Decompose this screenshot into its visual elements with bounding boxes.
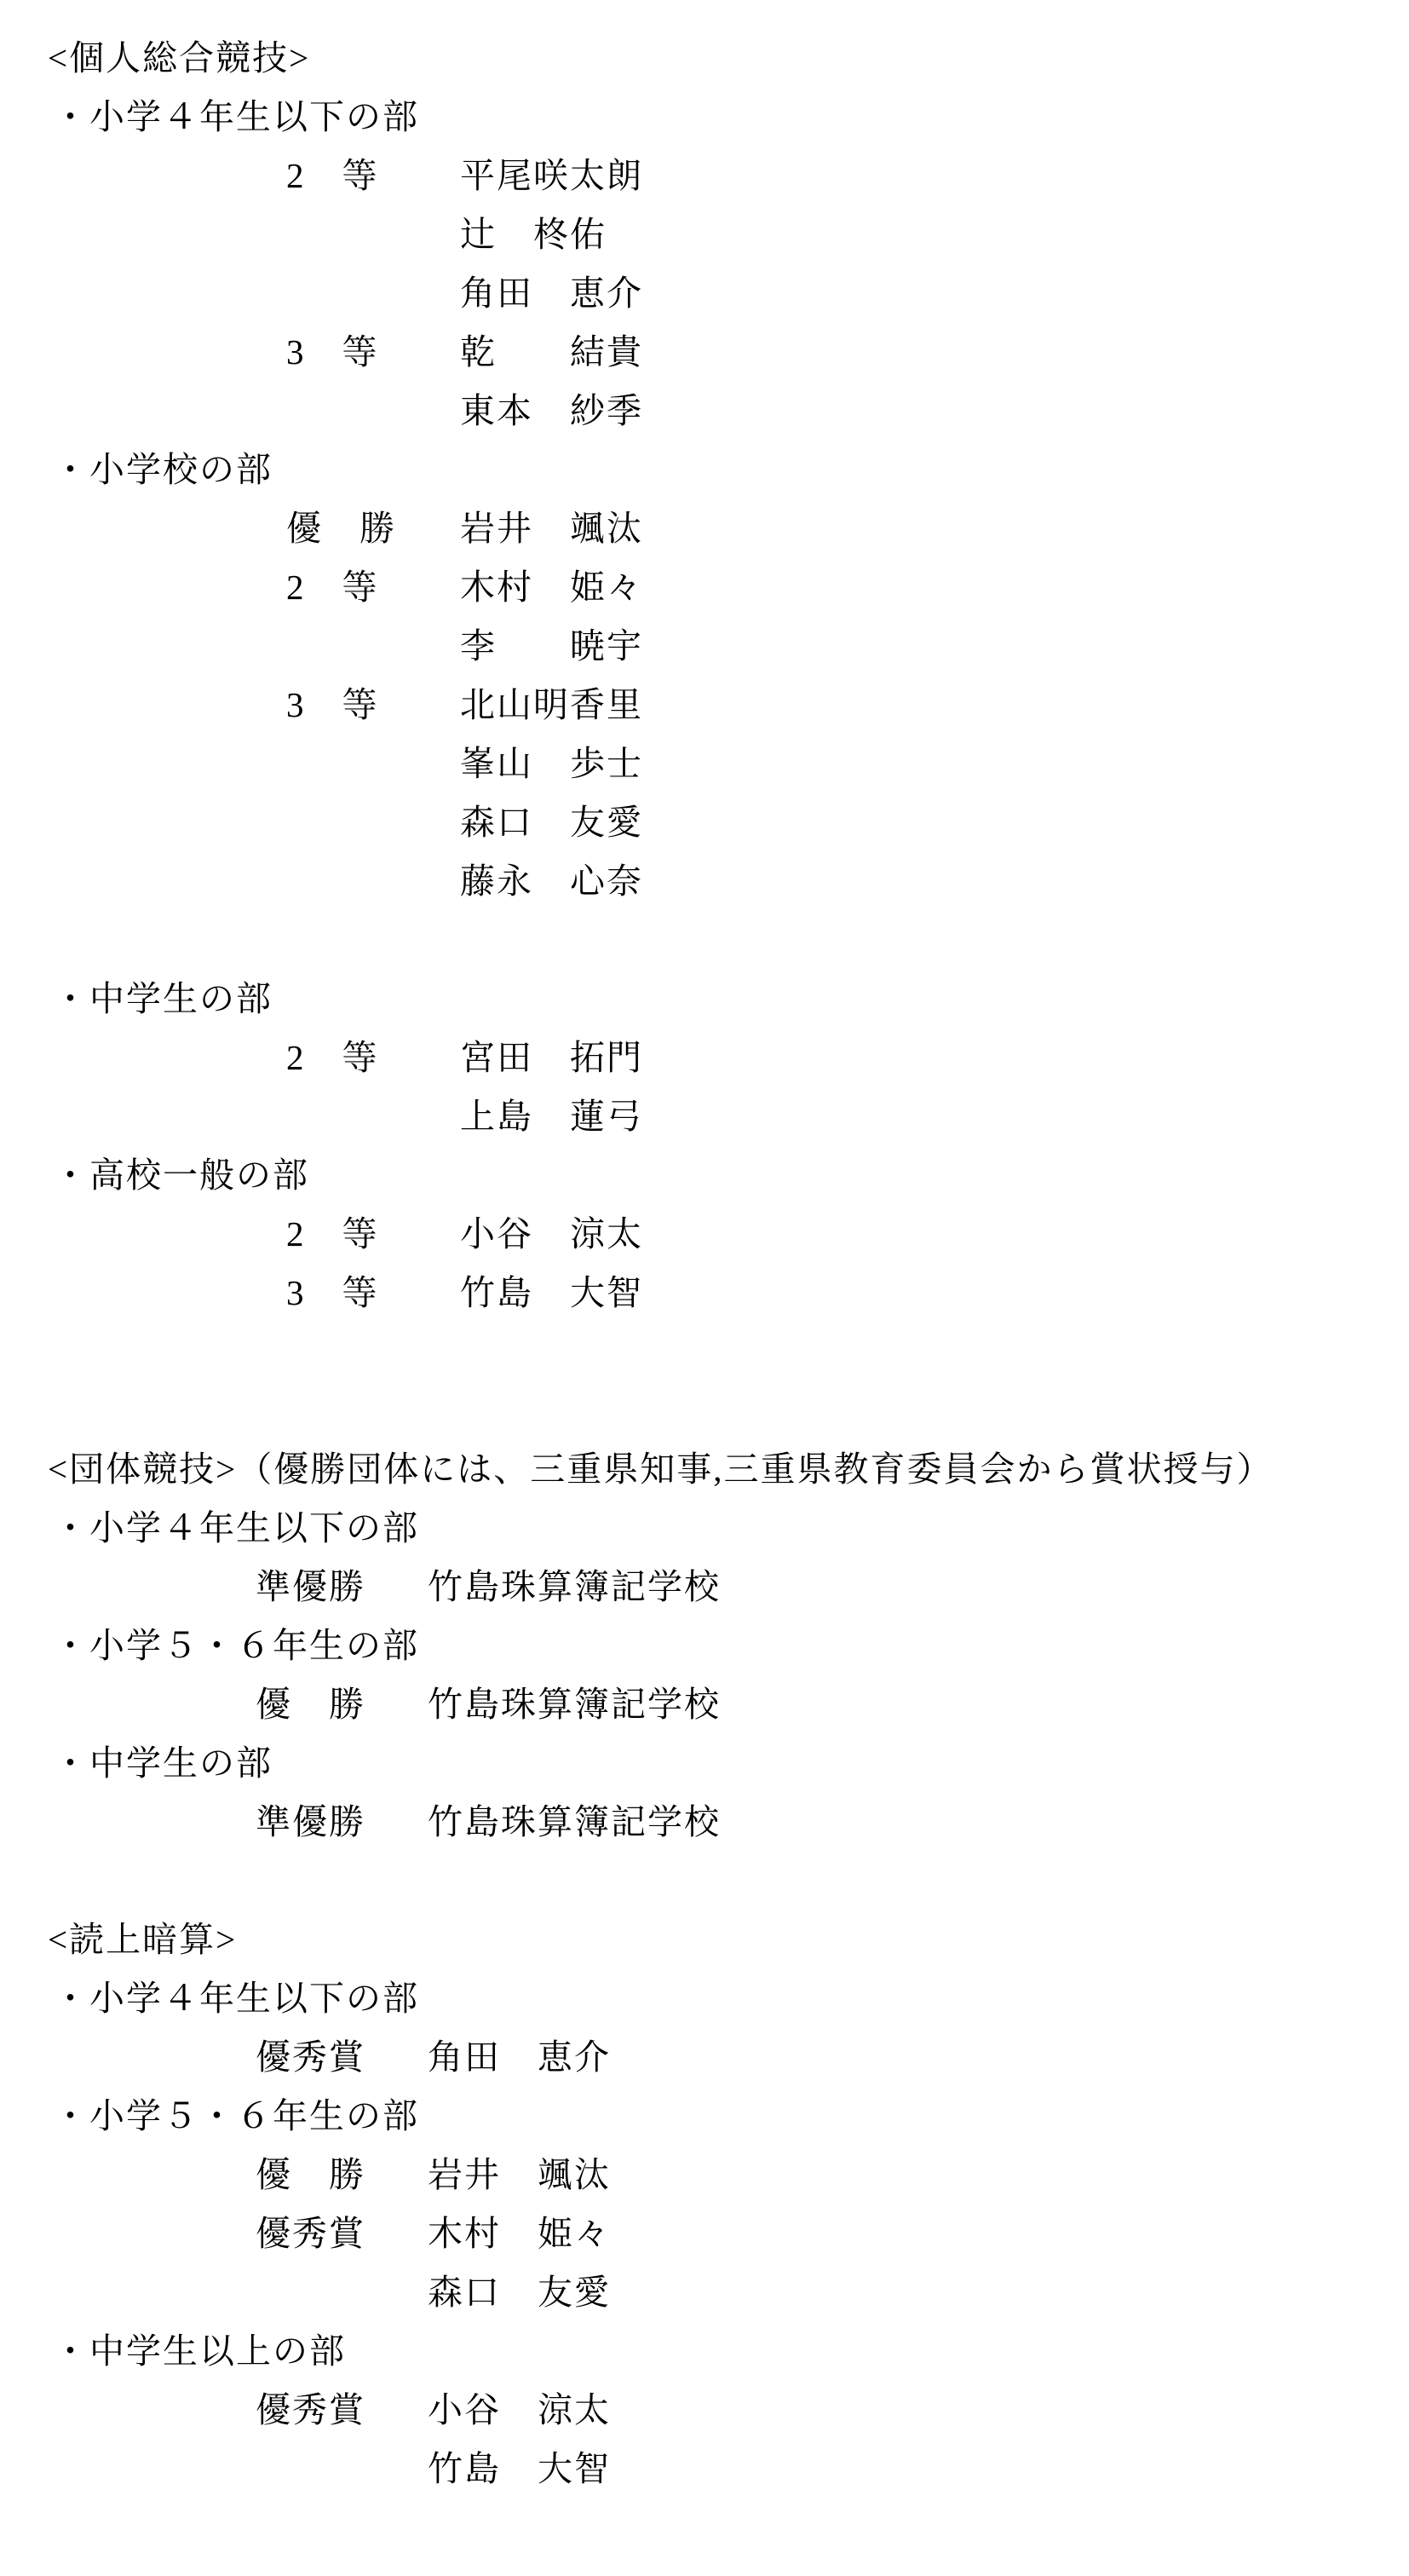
result-line: 峯山 歩士 — [0, 735, 1409, 793]
rank-label: 優秀賞 — [256, 2204, 365, 2263]
division-label: ・小学４年生以下の部 — [53, 1979, 419, 2018]
rank-label: 優 勝 — [286, 499, 396, 558]
result-line: 準優勝竹島珠算簿記学校 — [0, 1793, 1409, 1852]
winner-name: 平尾咲太朗 — [460, 147, 643, 205]
winner-name: 森口 友愛 — [460, 793, 643, 852]
rank-label: 優秀賞 — [256, 2381, 365, 2440]
winner-name: 東本 紗季 — [460, 382, 643, 441]
result-line: 李 暁宇 — [0, 617, 1409, 676]
division-line: ・小学校の部 — [0, 441, 1409, 499]
blank-line — [0, 1323, 1409, 1381]
rank-label: 2 等 — [286, 147, 379, 205]
rank-label: 3 等 — [286, 1264, 379, 1323]
section-note: （優勝団体には、三重県知事,三重県教育委員会から賞状授与） — [237, 1449, 1273, 1489]
rank-label: 優 勝 — [256, 2146, 365, 2204]
division-label: ・小学５・６年生の部 — [53, 2096, 419, 2135]
division-line: ・中学生の部 — [0, 1734, 1409, 1793]
section-yomiage-anzan: <読上暗算>・小学４年生以下の部優秀賞角田 恵介・小学５・６年生の部優 勝岩井 … — [0, 1910, 1409, 2498]
result-line: 3 等乾 結貴 — [0, 323, 1409, 382]
rank-label: 準優勝 — [256, 1558, 365, 1616]
result-line: 藤永 心奈 — [0, 852, 1409, 911]
result-line: 東本 紗季 — [0, 382, 1409, 441]
winner-name: 宮田 拓門 — [460, 1029, 643, 1087]
result-line: 優秀賞角田 恵介 — [0, 2028, 1409, 2087]
section-title-line: <読上暗算> — [0, 1910, 1409, 1969]
result-line: 角田 恵介 — [0, 264, 1409, 323]
division-line: ・中学生の部 — [0, 970, 1409, 1029]
section-heading: <個人総合競技> — [48, 38, 310, 78]
result-line: 3 等竹島 大智 — [0, 1264, 1409, 1323]
result-line: 2 等平尾咲太朗 — [0, 147, 1409, 205]
rank-label: 2 等 — [286, 1205, 379, 1264]
result-line: 森口 友愛 — [0, 793, 1409, 852]
division-line: ・小学５・６年生の部 — [0, 2087, 1409, 2146]
division-line: ・小学４年生以下の部 — [0, 88, 1409, 147]
winner-name: 岩井 颯汰 — [428, 2146, 611, 2204]
result-line: 2 等宮田 拓門 — [0, 1029, 1409, 1087]
blank-line — [0, 911, 1409, 970]
winner-name: 小谷 涼太 — [428, 2381, 611, 2440]
division-line: ・小学５・６年生の部 — [0, 1616, 1409, 1675]
result-line: 森口 友愛 — [0, 2263, 1409, 2322]
division-label: ・中学生の部 — [53, 1743, 273, 1783]
section-dantai: <団体競技>（優勝団体には、三重県知事,三重県教育委員会から賞状授与）・小学４年… — [0, 1440, 1409, 1852]
division-label: ・小学４年生以下の部 — [53, 1508, 419, 1547]
division-line: ・高校一般の部 — [0, 1146, 1409, 1205]
school-name: 竹島珠算簿記学校 — [428, 1793, 721, 1852]
rank-label: 準優勝 — [256, 1793, 365, 1852]
winner-name: 辻 柊佑 — [460, 205, 607, 264]
winner-name: 藤永 心奈 — [460, 852, 643, 911]
winner-name: 上島 蓮弓 — [460, 1087, 643, 1146]
winner-name: 森口 友愛 — [428, 2263, 611, 2322]
rank-label: 2 等 — [286, 558, 379, 617]
section-kojin-sogo: <個人総合競技>・小学４年生以下の部2 等平尾咲太朗辻 柊佑角田 恵介3 等乾 … — [0, 29, 1409, 1323]
division-label: ・中学生の部 — [53, 979, 273, 1018]
result-line: 優秀賞木村 姫々 — [0, 2204, 1409, 2263]
blank-line — [0, 1381, 1409, 1440]
winner-name: 小谷 涼太 — [460, 1205, 643, 1264]
result-line: 優 勝岩井 颯汰 — [0, 499, 1409, 558]
rank-label: 3 等 — [286, 323, 379, 382]
section-heading: <団体競技> — [48, 1449, 237, 1489]
division-label: ・中学生以上の部 — [53, 2331, 346, 2371]
division-label: ・高校一般の部 — [53, 1155, 309, 1195]
winner-name: 木村 姫々 — [428, 2204, 611, 2263]
result-line: 2 等小谷 涼太 — [0, 1205, 1409, 1264]
division-line: ・小学４年生以下の部 — [0, 1969, 1409, 2028]
rank-label: 2 等 — [286, 1029, 379, 1087]
result-line: 優 勝竹島珠算簿記学校 — [0, 1675, 1409, 1734]
winner-name: 角田 恵介 — [460, 264, 643, 323]
result-line: 優 勝岩井 颯汰 — [0, 2146, 1409, 2204]
division-line: ・中学生以上の部 — [0, 2322, 1409, 2381]
section-heading: <読上暗算> — [48, 1920, 237, 1959]
school-name: 竹島珠算簿記学校 — [428, 1675, 721, 1734]
division-label: ・小学校の部 — [53, 450, 273, 489]
winner-name: 北山明香里 — [460, 676, 643, 735]
blank-line — [0, 1852, 1409, 1910]
rank-label: 優 勝 — [256, 1675, 365, 1734]
result-line: 3 等北山明香里 — [0, 676, 1409, 735]
division-label: ・小学４年生以下の部 — [53, 97, 419, 136]
school-name: 竹島珠算簿記学校 — [428, 1558, 721, 1616]
section-title-line: <団体競技>（優勝団体には、三重県知事,三重県教育委員会から賞状授与） — [0, 1440, 1409, 1499]
result-line: 竹島 大智 — [0, 2440, 1409, 2498]
winner-name: 李 暁宇 — [460, 617, 643, 676]
result-line: 上島 蓮弓 — [0, 1087, 1409, 1146]
division-line: ・小学４年生以下の部 — [0, 1499, 1409, 1558]
result-line: 優秀賞小谷 涼太 — [0, 2381, 1409, 2440]
winner-name: 岩井 颯汰 — [460, 499, 643, 558]
result-line: 準優勝竹島珠算簿記学校 — [0, 1558, 1409, 1616]
division-label: ・小学５・６年生の部 — [53, 1626, 419, 1665]
winner-name: 角田 恵介 — [428, 2028, 611, 2087]
result-line: 2 等木村 姫々 — [0, 558, 1409, 617]
winner-name: 峯山 歩士 — [460, 735, 643, 793]
result-line: 辻 柊佑 — [0, 205, 1409, 264]
rank-label: 3 等 — [286, 676, 379, 735]
winner-name: 乾 結貴 — [460, 323, 643, 382]
section-title-line: <個人総合競技> — [0, 29, 1409, 88]
winner-name: 木村 姫々 — [460, 558, 643, 617]
rank-label: 優秀賞 — [256, 2028, 365, 2087]
winner-name: 竹島 大智 — [428, 2440, 611, 2498]
results-document: <個人総合競技>・小学４年生以下の部2 等平尾咲太朗辻 柊佑角田 恵介3 等乾 … — [0, 0, 1409, 2576]
winner-name: 竹島 大智 — [460, 1264, 643, 1323]
